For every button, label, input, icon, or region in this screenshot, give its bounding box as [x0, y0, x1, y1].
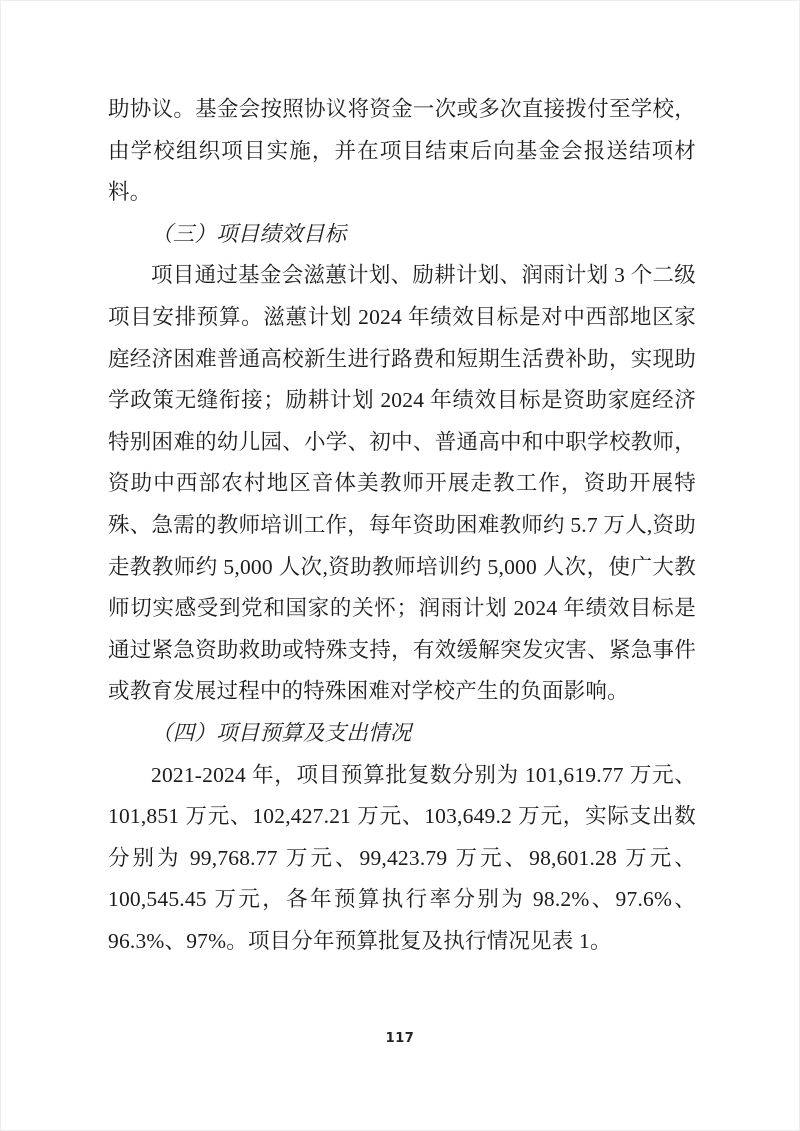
paragraph-funding-agreement-continuation: 助协议。基金会按照协议将资金一次或多次直接拨付至学校，由学校组织项目实施，并在项…: [108, 89, 696, 214]
paragraph-performance-goals-detail: 项目通过基金会滋蕙计划、励耕计划、润雨计划 3 个二级项目安排预算。滋蕙计划 2…: [108, 255, 696, 713]
text-content: 助协议。基金会按照协议将资金一次或多次直接拨付至学校，由学校组织项目实施，并在项…: [108, 89, 696, 962]
document-page: 助协议。基金会按照协议将资金一次或多次直接拨付至学校，由学校组织项目实施，并在项…: [0, 0, 800, 1131]
section-heading-performance-goals: （三）项目绩效目标: [108, 214, 696, 256]
paragraph-budget-expenditure-detail: 2021-2024 年，项目预算批复数分别为 101,619.77 万元、101…: [108, 755, 696, 963]
page-number: 117: [1, 1031, 799, 1046]
section-heading-budget-expenditure: （四）项目预算及支出情况: [108, 713, 696, 755]
